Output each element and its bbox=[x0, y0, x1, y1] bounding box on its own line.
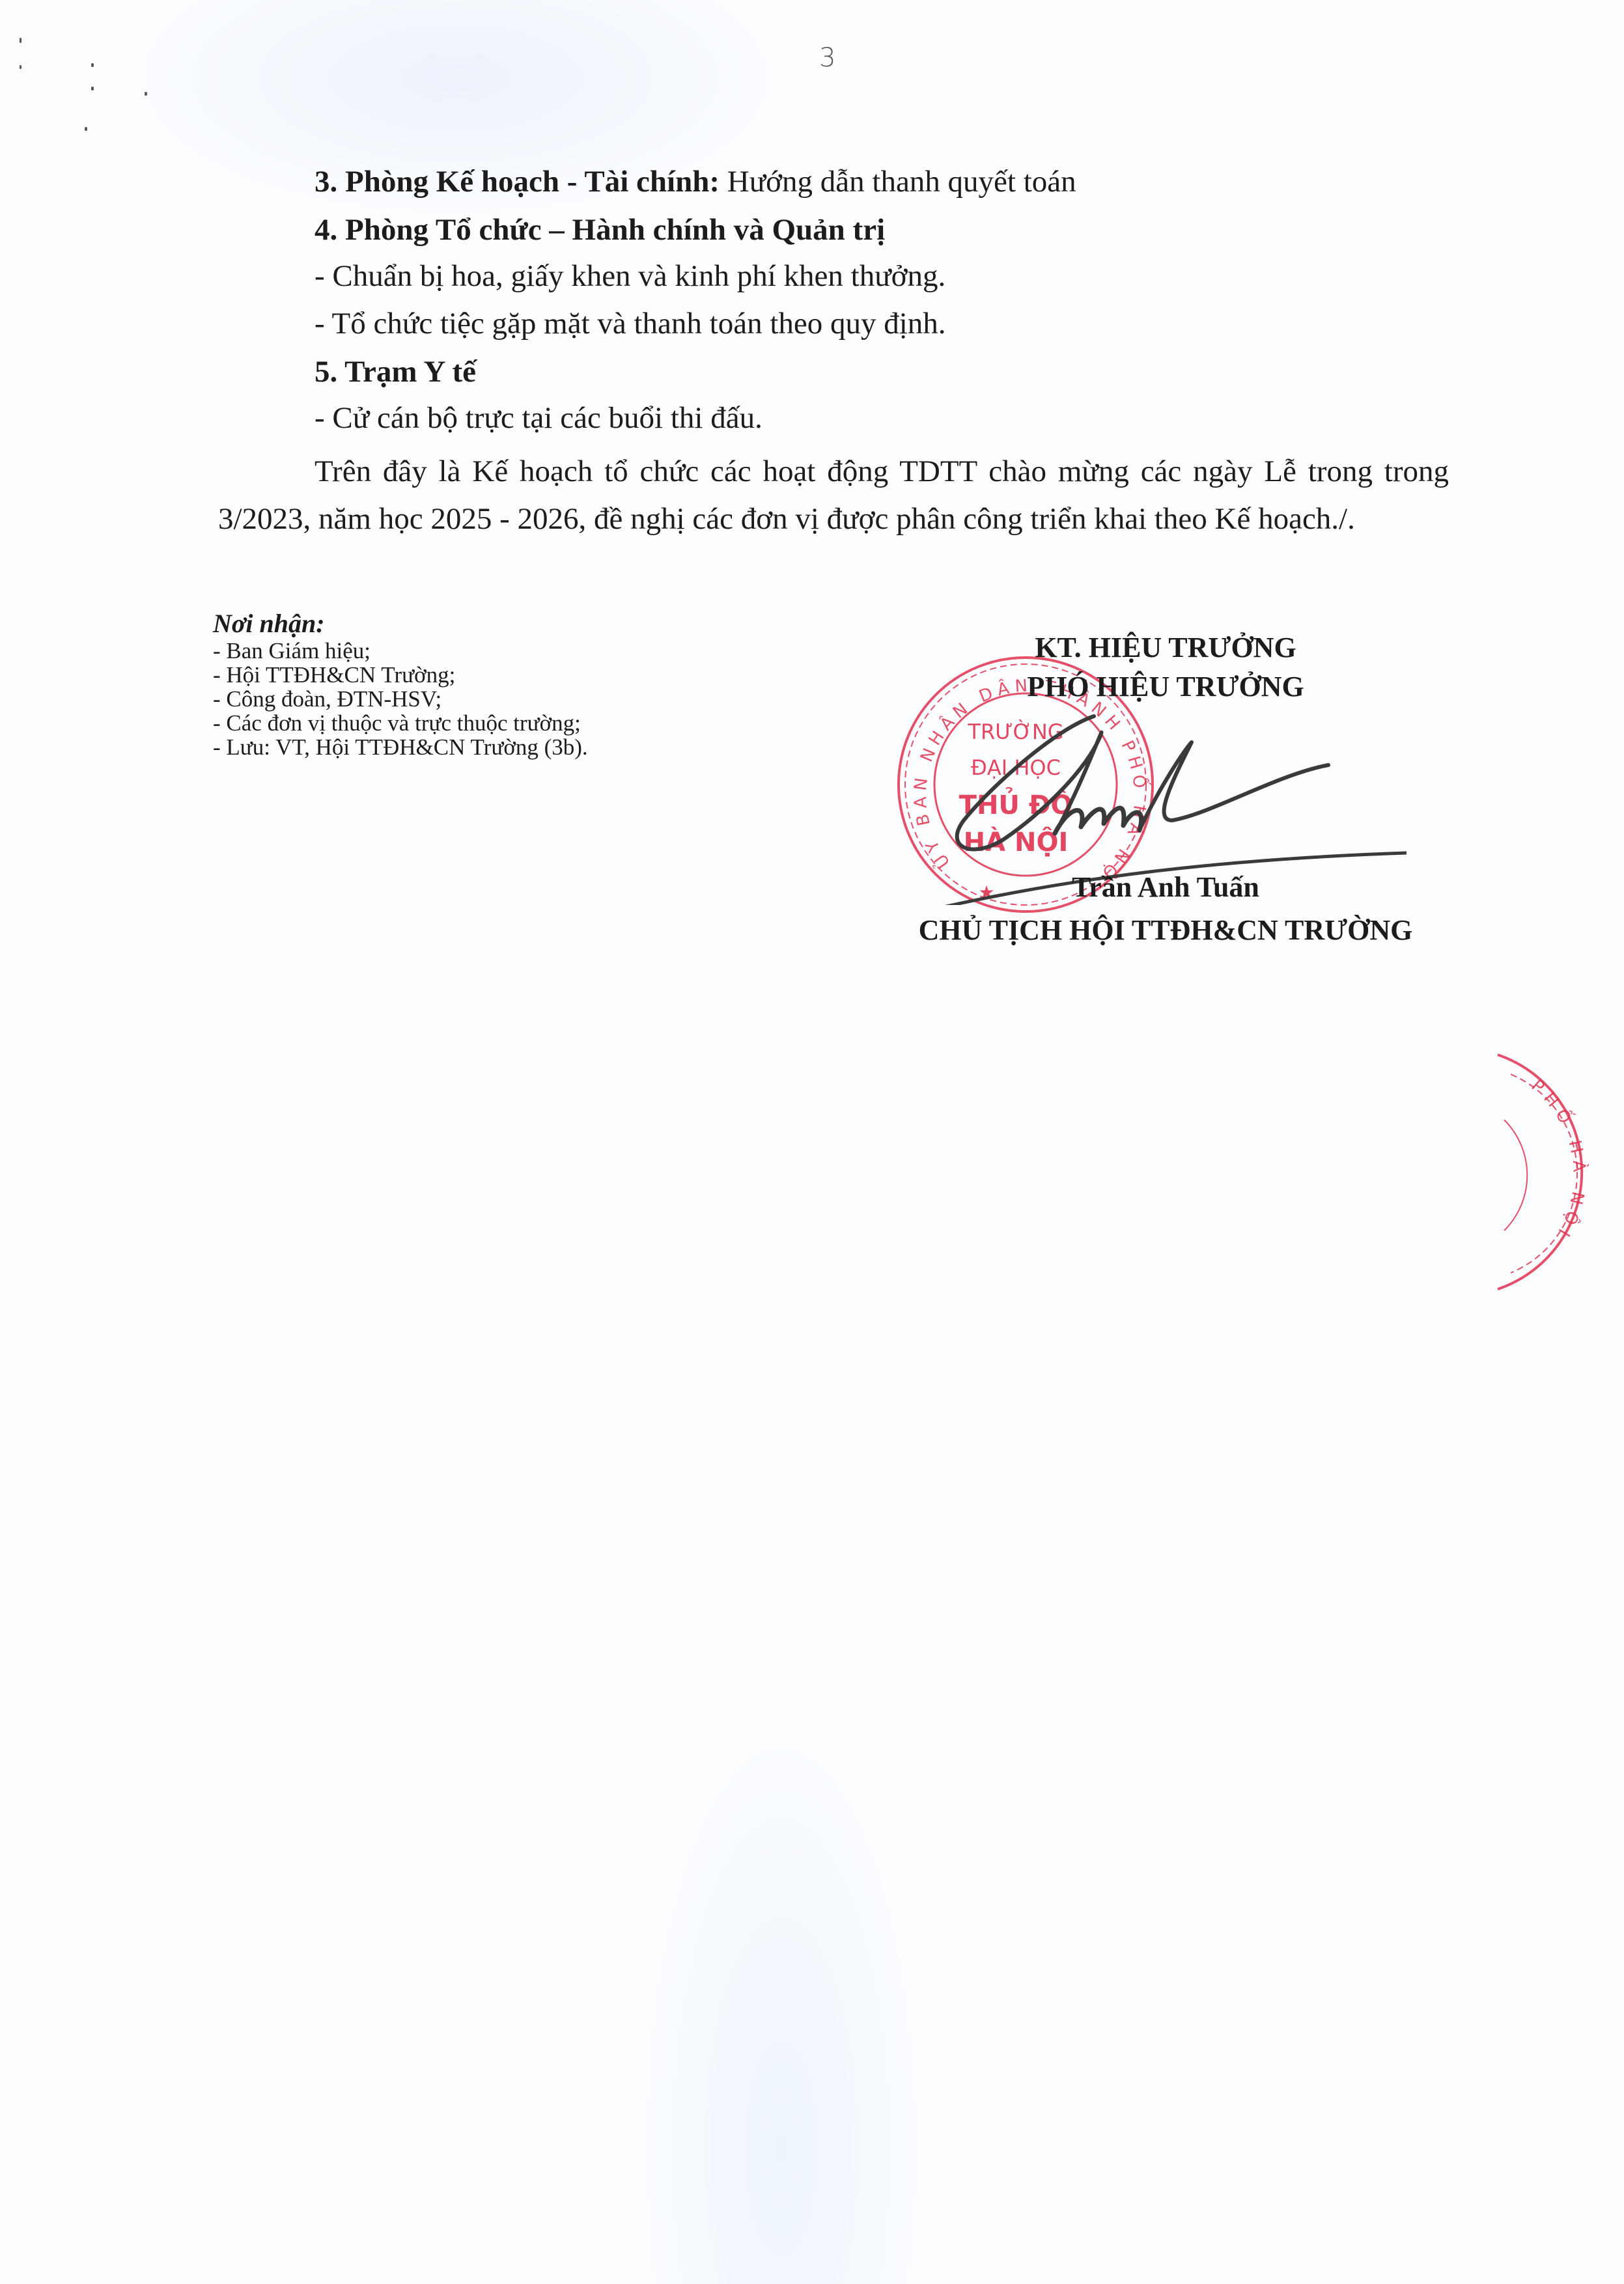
scan-background bbox=[0, 0, 1624, 2284]
recipient-item: - Ban Giám hiệu; bbox=[213, 639, 588, 663]
edge-seal-stamp: PHỐ HÀ NỘI bbox=[1485, 1048, 1624, 1296]
section-3: 3. Phòng Kế hoạch - Tài chính: Hướng dẫn… bbox=[315, 167, 1076, 197]
edge-stamp-text: PHỐ HÀ NỘI bbox=[1528, 1076, 1591, 1245]
section-4-item: - Tổ chức tiệc gặp mặt và thanh toán the… bbox=[315, 309, 946, 339]
section-4-item: - Chuẩn bị hoa, giấy khen và kinh phí kh… bbox=[315, 261, 945, 292]
section-5-heading: 5. Trạm Y tế bbox=[315, 357, 476, 387]
section-3-text: Hướng dẫn thanh quyết toán bbox=[720, 165, 1076, 199]
signature-title-1: KT. HIỆU TRƯỞNG bbox=[853, 628, 1478, 667]
signature-block: KT. HIỆU TRƯỞNG PHÓ HIỆU TRƯỞNG Trần Anh… bbox=[853, 628, 1478, 706]
page-number: 3 bbox=[819, 43, 835, 73]
section-5-item: - Cử cán bộ trực tại các buổi thi đấu. bbox=[315, 403, 763, 434]
section-3-heading: 3. Phòng Kế hoạch - Tài chính: bbox=[315, 165, 720, 199]
recipient-item: - Hội TTĐH&CN Trường; bbox=[213, 663, 588, 687]
signer-name: Trần Anh Tuấn bbox=[853, 870, 1478, 904]
recipients-title: Nơi nhận: bbox=[213, 609, 588, 639]
section-4-heading: 4. Phòng Tổ chức – Hành chính và Quản tr… bbox=[315, 215, 885, 245]
signature-title-2: PHÓ HIỆU TRƯỞNG bbox=[853, 667, 1478, 706]
signer-role: CHỦ TỊCH HỘI TTĐH&CN TRƯỜNG bbox=[853, 913, 1478, 947]
recipient-item: - Các đơn vị thuộc và trực thuộc trường; bbox=[213, 711, 588, 735]
recipient-item: - Công đoàn, ĐTN-HSV; bbox=[213, 687, 588, 711]
recipients-block: Nơi nhận: - Ban Giám hiệu; - Hội TTĐH&CN… bbox=[213, 609, 588, 759]
svg-text:PHỐ HÀ NỘI: PHỐ HÀ NỘI bbox=[1528, 1076, 1591, 1245]
closing-paragraph: Trên đây là Kế hoạch tổ chức các hoạt độ… bbox=[218, 448, 1449, 543]
recipient-item: - Lưu: VT, Hội TTĐH&CN Trường (3b). bbox=[213, 735, 588, 759]
closing-paragraph-text: Trên đây là Kế hoạch tổ chức các hoạt độ… bbox=[218, 454, 1449, 536]
